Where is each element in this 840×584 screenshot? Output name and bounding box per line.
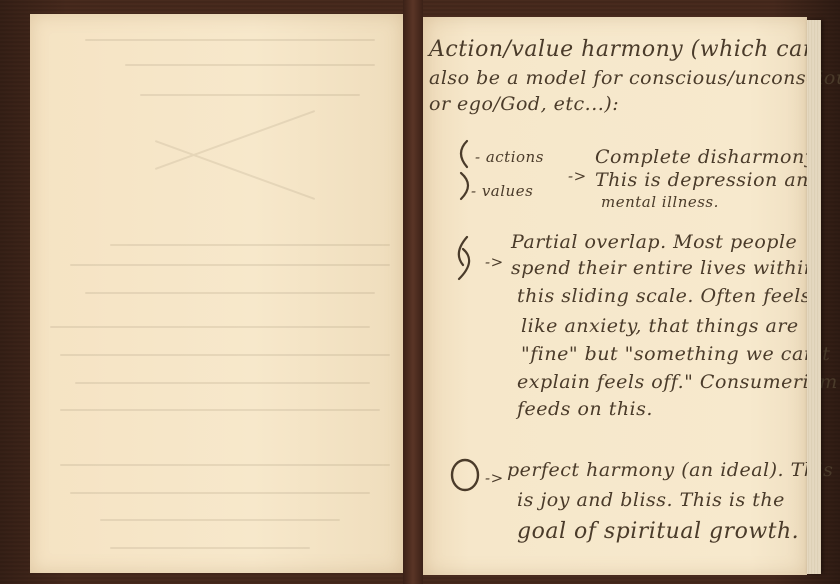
left-page <box>30 14 403 573</box>
section-2-line-7: feeds on this. <box>517 398 653 420</box>
section-2-line-5: "fine" but "something we can't <box>521 343 830 365</box>
label-values: - values <box>471 182 533 200</box>
page-stack-edge <box>807 20 821 574</box>
section-3-line-1: perfect harmony (an ideal). This <box>507 459 833 481</box>
arrow-icon: -> <box>485 253 504 271</box>
section-1-line-3: mental illness. <box>601 193 719 211</box>
section-2-line-2: spend their entire lives within <box>511 257 816 279</box>
label-actions: - actions <box>475 148 544 166</box>
heading-line-1: Action/value harmony (which can <box>429 37 817 62</box>
circle-icon <box>448 456 482 494</box>
arrow-icon: -> <box>485 469 504 487</box>
notebook-spine <box>403 0 423 584</box>
section-2-line-1: Partial overlap. Most people <box>511 231 797 253</box>
bleed-through-text <box>30 14 403 573</box>
section-2-line-3: this sliding scale. Often feels <box>517 285 811 307</box>
section-2-line-6: explain feels off." Consumerism <box>517 371 838 393</box>
arrow-icon: -> <box>568 167 587 185</box>
section-2-line-4: like anxiety, that things are <box>521 315 799 337</box>
section-1-line-1: Complete disharmony. <box>595 146 820 168</box>
overlapping-parentheses-icon <box>453 235 483 281</box>
heading-line-2: also be a model for conscious/unconsciou… <box>429 67 840 89</box>
heading-line-3: or ego/God, etc...): <box>429 93 619 115</box>
right-page: Action/value harmony (which can also be … <box>423 17 807 575</box>
section-1-line-2: This is depression and <box>595 169 822 191</box>
section-3-line-3: goal of spiritual growth. <box>517 519 799 544</box>
section-3-line-2: is joy and bliss. This is the <box>517 489 785 511</box>
